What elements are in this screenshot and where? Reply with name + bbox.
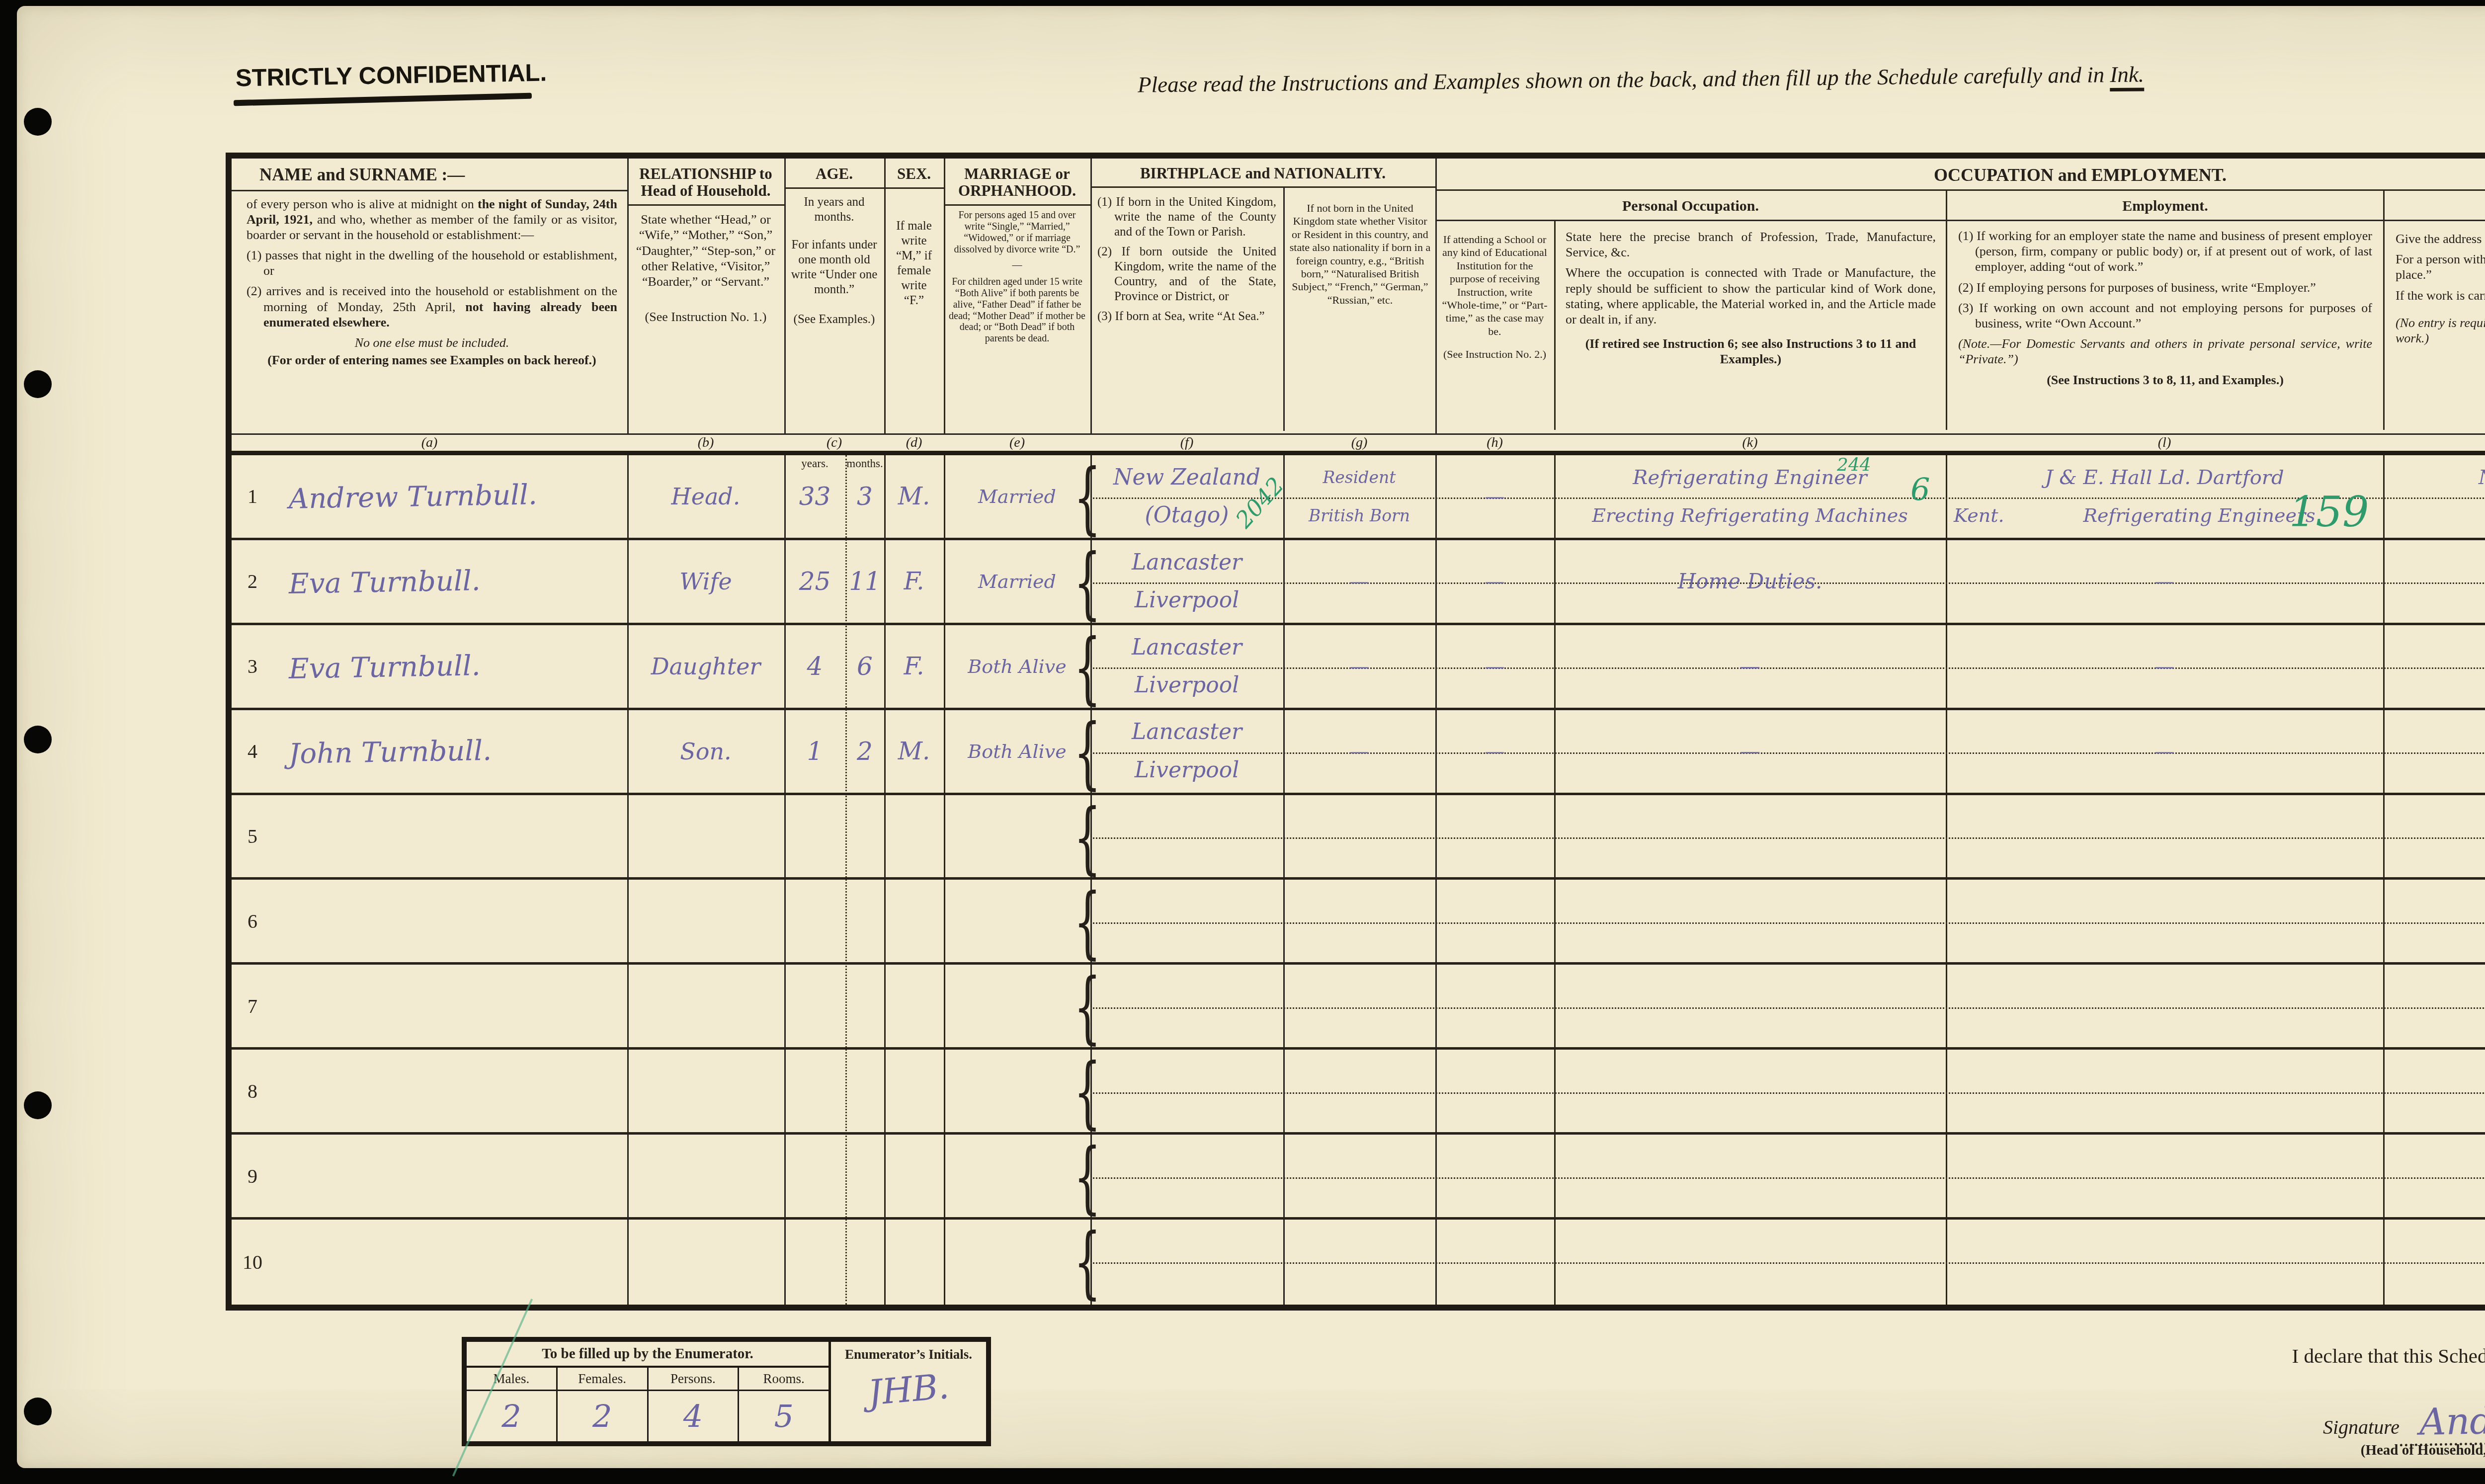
punch-hole — [24, 1091, 52, 1119]
birthplace-entry: Lancaster — [1090, 628, 1283, 666]
column-letter: (k) — [1554, 435, 1946, 451]
punch-hole — [24, 370, 52, 398]
col-c-title: AGE. — [784, 159, 884, 189]
declaration-text: I declare that this Schedule is correctl… — [2129, 1344, 2485, 1368]
occupation-entry-2: Erecting Refrigerating Machines — [1554, 496, 1946, 534]
sex-entry: F. — [884, 540, 944, 623]
paper-sheet: STRICTLY CONFIDENTIAL. Please read the I… — [17, 6, 2485, 1468]
enumerator-summary-box: To be filled up by the Enumerator. Males… — [462, 1337, 991, 1446]
rooms-header: Rooms. — [739, 1368, 828, 1390]
subheader-employment: Employment. — [1946, 191, 2383, 221]
header-group-occupation: OCCUPATION and EMPLOYMENT. Personal Occu… — [1435, 159, 2485, 433]
col-e-divider: — — [949, 260, 1085, 271]
sex-entry: M. — [884, 455, 944, 538]
signature-note: (Head of Household, Manager of Establish… — [2144, 1442, 2485, 1459]
col-l-body: (1) If working for an employer state the… — [1946, 221, 2383, 430]
birthplace-entry: Lancaster — [1090, 544, 1283, 581]
initials-label: Enumerator’s Initials. — [831, 1347, 986, 1362]
row-midline — [1090, 1007, 2485, 1009]
green-annotation-emp: 159 — [2289, 491, 2369, 533]
employer-entry: — — [1946, 625, 2383, 708]
column-letter: (b) — [627, 435, 784, 451]
table-rows-area: {1years.months.Andrew Turnbull.Head.333M… — [232, 455, 2485, 1305]
column-letter: (h) — [1435, 435, 1554, 451]
table-row: {9UnderOneAge last birthday1234567891011… — [232, 1135, 2485, 1220]
table-row: {2Eva Turnbull.Wife2511F.MarriedLancaste… — [232, 540, 2485, 625]
row-midline — [1090, 1262, 2485, 1264]
age-years-entry: 4 — [784, 625, 845, 708]
birthplace-entry-2: Liverpool — [1090, 666, 1283, 704]
header-col-name: NAME and SURNAME :— of every person who … — [232, 159, 627, 433]
col-a-item1: (1) passes that night in the dwelling of… — [247, 247, 617, 278]
age-years-entry: 1 — [784, 710, 845, 793]
name-entry: Andrew Turnbull. — [273, 452, 643, 541]
nationality-entry-2: British Born — [1283, 496, 1435, 534]
col-e-body1: For persons aged 15 and over write “Sing… — [949, 210, 1085, 255]
table-row: {3Eva Turnbull.Daughter46F.Both AliveLan… — [232, 625, 2485, 710]
occupation-entry: Home Duties. — [1554, 540, 1946, 623]
subheader-place-of-work: Place of Work. — [2383, 191, 2485, 221]
row-number: 8 — [235, 1050, 270, 1132]
birthplace-entry: Lancaster — [1090, 713, 1283, 751]
employer-entry: — — [1946, 710, 2383, 793]
col-d-body: If male write “M,” if female write “F.” — [890, 219, 938, 308]
row-number: 2 — [235, 540, 270, 623]
header-group-birthplace: BIRTHPLACE and NATIONALITY. (1) If born … — [1090, 159, 1435, 433]
row-brace: { — [1074, 965, 1101, 1050]
relationship-entry: Wife — [627, 540, 784, 623]
green-annotation-occ: 244 — [1837, 456, 1871, 474]
rooms-value: 5 — [739, 1391, 828, 1441]
col-g-body: If not born in the United Kingdom state … — [1283, 188, 1435, 431]
title-underline — [234, 93, 532, 106]
row-brace: { — [1074, 1135, 1101, 1220]
age-years-entry: 25 — [784, 540, 845, 623]
employer-entry-2: Kent. — [1946, 496, 2023, 534]
column-letter: (m) — [2383, 435, 2485, 451]
age-months-entry: 2 — [845, 710, 884, 793]
table-header: NAME and SURNAME :— of every person who … — [232, 159, 2485, 433]
employer-entry: — — [1946, 540, 2383, 623]
punch-hole — [24, 726, 52, 753]
col-e-title: MARRIAGE or ORPHANHOOD. — [944, 159, 1090, 206]
age-months-entry: 11 — [845, 540, 884, 623]
col-e-body2: For children aged under 15 write “Both A… — [949, 276, 1085, 344]
column-letter: (a) — [232, 435, 627, 451]
table-row: {6UnderOneAge last birthday1234567891011… — [232, 880, 2485, 965]
table-row: {4John Turnbull.Son.12M.Both AliveLancas… — [232, 710, 2485, 795]
place-of-work-entry: — — [2383, 625, 2485, 708]
relationship-entry: Head. — [627, 455, 784, 538]
green-annotation-occ2: 6 — [1910, 474, 1930, 505]
sex-entry: F. — [884, 625, 944, 708]
punch-hole — [24, 108, 52, 136]
signature-row: Signature Andrew F. Turnbull. — [2323, 1398, 2485, 1443]
birthplace-entry-2: Liverpool — [1090, 581, 1283, 619]
header-col-marriage: MARRIAGE or ORPHANHOOD. For persons aged… — [944, 159, 1090, 433]
column-letter: (l) — [1946, 435, 2383, 451]
nationality-entry: — — [1283, 540, 1435, 623]
table-row: {1years.months.Andrew Turnbull.Head.333M… — [232, 455, 2485, 540]
column-letter: (d) — [884, 435, 944, 451]
birthplace-group-title: BIRTHPLACE and NATIONALITY. — [1090, 159, 1435, 188]
header-col-sex: SEX. If male write “M,” if female write … — [884, 159, 944, 433]
persons-header: Persons. — [649, 1368, 740, 1390]
table-row: {7UnderOneAge last birthday1234567891011… — [232, 965, 2485, 1050]
school-entry: — — [1435, 710, 1554, 793]
col-b-title: RELATIONSHIP to Head of Household. — [627, 159, 784, 206]
row-number: 4 — [235, 710, 270, 793]
header-col-age: AGE. In years and months. For infants un… — [784, 159, 884, 433]
occupation-group-title: OCCUPATION and EMPLOYMENT. — [1435, 159, 2485, 191]
column-letter: (g) — [1283, 435, 1435, 451]
name-entry: John Turnbull. — [273, 707, 643, 796]
col-m-body: Give the address of each person’s place … — [2383, 221, 2485, 430]
table-row: {10UnderOneAge last birthday123456789101… — [232, 1220, 2485, 1305]
col-a-p1: of every person who is alive at midnight… — [247, 196, 617, 243]
enumerator-initials: JHB. — [829, 1363, 988, 1417]
relationship-entry: Daughter — [627, 625, 784, 708]
persons-value: 4 — [649, 1391, 740, 1441]
row-midline — [1090, 1177, 2485, 1179]
col-b-note: (See Instruction No. 1.) — [633, 309, 778, 325]
row-brace: { — [1074, 1050, 1101, 1135]
marriage-entry: Married — [944, 540, 1090, 623]
enumerator-initials-cell: Enumerator’s Initials. JHB. — [831, 1342, 986, 1441]
row-midline — [1090, 837, 2485, 839]
col-b-body: State whether “Head,” or “Wife,” “Mother… — [633, 212, 778, 289]
scanned-census-schedule: STRICTLY CONFIDENTIAL. Please read the I… — [0, 0, 2485, 1484]
signature-value: Andrew F. Turnbull. — [2399, 1394, 2485, 1447]
occupation-entry: Refrigerating Engineer — [1554, 459, 1946, 496]
row-brace: { — [1074, 880, 1101, 965]
sex-entry: M. — [884, 710, 944, 793]
instruction-text: Please read the Instructions and Example… — [1138, 61, 2144, 97]
occupation-entry: — — [1554, 710, 1946, 793]
occupation-entry: — — [1554, 625, 1946, 708]
col-c-body2: For infants under one month old write “U… — [790, 238, 878, 297]
school-entry: — — [1435, 455, 1554, 538]
subheader-personal-occupation: Personal Occupation. — [1435, 191, 1946, 221]
table-row: {8UnderOneAge last birthday1234567891011… — [232, 1050, 2485, 1135]
row-midline — [1090, 922, 2485, 924]
row-brace: { — [1074, 1220, 1101, 1305]
marriage-entry: Both Alive — [944, 710, 1090, 793]
age-months-entry: 3 — [845, 455, 884, 538]
col-a-item2: (2) arrives and is received into the hou… — [247, 283, 617, 330]
birthplace-entry-2: Liverpool — [1090, 751, 1283, 789]
col-a-note2: (For order of entering names see Example… — [247, 352, 617, 368]
column-letter: (c) — [784, 435, 884, 451]
column-letter: (f) — [1090, 435, 1283, 451]
males-header: Males. — [467, 1368, 558, 1390]
relationship-entry: Son. — [627, 710, 784, 793]
header-col-relationship: RELATIONSHIP to Head of Household. State… — [627, 159, 784, 433]
column-letter: (e) — [944, 435, 1090, 451]
row-number: 9 — [235, 1135, 270, 1217]
nationality-entry: — — [1283, 625, 1435, 708]
punch-hole — [24, 1398, 52, 1425]
col-c-body1: In years and months. — [790, 195, 878, 225]
row-brace: { — [1074, 795, 1101, 880]
marriage-entry: Married — [944, 455, 1090, 538]
row-number: 5 — [235, 795, 270, 878]
females-value: 2 — [558, 1391, 649, 1441]
enumerator-box-title: To be filled up by the Enumerator. — [467, 1342, 828, 1368]
row-number: 7 — [235, 965, 270, 1047]
enumerator-counts: To be filled up by the Enumerator. Males… — [467, 1342, 831, 1441]
marriage-entry: Both Alive — [944, 625, 1090, 708]
col-h-body: If attending a School or any kind of Edu… — [1435, 221, 1554, 430]
nationality-entry: Resident — [1283, 459, 1435, 496]
school-entry: — — [1435, 625, 1554, 708]
col-a-note: No one else must be included. — [247, 335, 617, 350]
row-number: 6 — [235, 880, 270, 963]
name-entry: Eva Turnbull. — [273, 622, 643, 711]
row-number: 10 — [235, 1220, 270, 1305]
instruction-main: Please read the Instructions and Example… — [1138, 62, 2110, 97]
col-k-body: State here the precise branch of Profess… — [1554, 221, 1946, 430]
row-midline — [1090, 1092, 2485, 1094]
signature-label: Signature — [2323, 1415, 2400, 1443]
school-entry: — — [1435, 540, 1554, 623]
col-c-note: (See Examples.) — [790, 312, 878, 327]
page-title: STRICTLY CONFIDENTIAL. — [236, 59, 547, 92]
col-a-title: NAME and SURNAME :— — [232, 159, 627, 191]
row-number: 1 — [235, 455, 270, 538]
col-f-body: (1) If born in the United Kingdom, write… — [1090, 188, 1283, 431]
place-of-work-entry: — — [2383, 710, 2485, 793]
table-row: {5UnderOneAge last birthday1234567891011… — [232, 795, 2485, 880]
females-header: Females. — [558, 1368, 649, 1390]
name-entry: Eva Turnbull. — [273, 537, 643, 626]
place-of-work-entry: No fixed place. — [2383, 459, 2485, 496]
column-letters-row: (a)(b)(c)(d)(e)(f)(g)(h)(k)(l)(m)(n)(o) — [232, 433, 2485, 455]
row-number: 3 — [235, 625, 270, 708]
age-years-entry: 33 — [784, 455, 845, 538]
age-months-entry: 6 — [845, 625, 884, 708]
col-d-title: SEX. — [884, 159, 944, 189]
schedule-table: NAME and SURNAME :— of every person who … — [226, 153, 2485, 1311]
instruction-ink-word: Ink. — [2110, 62, 2144, 91]
nationality-entry: — — [1283, 710, 1435, 793]
